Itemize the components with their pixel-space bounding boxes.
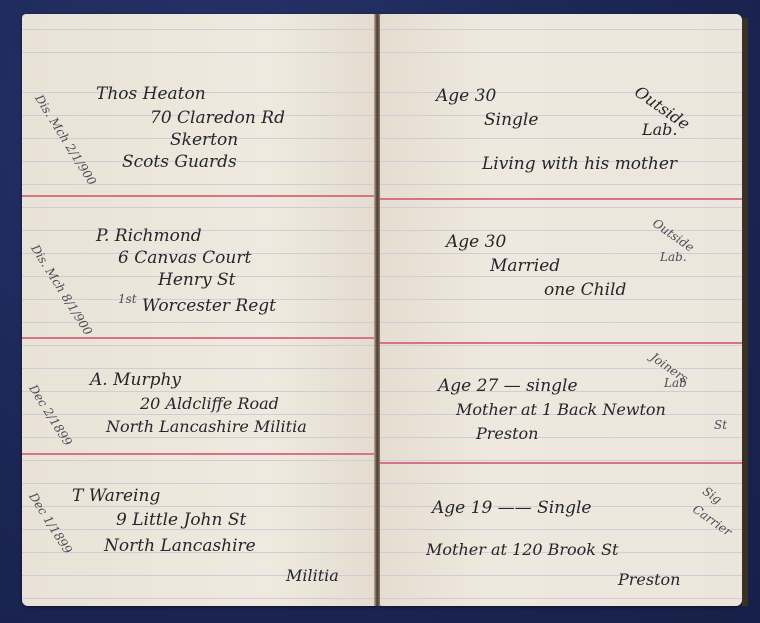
left-page: Dis. Mch 2/1/900 Thos Heaton 70 Claredon… [22, 14, 376, 606]
notes: Mother at 120 Brook St [426, 540, 618, 559]
entry-name: Thos Heaton [96, 84, 206, 104]
notes: Preston [476, 424, 538, 443]
age: Age 19 —— Single [432, 498, 591, 518]
notes-suffix: St [714, 418, 727, 432]
address-line: 6 Canvas Court [118, 248, 251, 268]
age: Age 30 [436, 86, 496, 106]
occupation: Lab. [642, 120, 678, 139]
regiment-line2: Militia [286, 566, 339, 585]
red-divider [380, 342, 742, 344]
red-divider [22, 453, 376, 455]
page-block-edge [742, 18, 748, 606]
red-divider [380, 462, 742, 464]
regiment: Scots Guards [122, 152, 237, 172]
right-page: Age 30 Single Outside Lab. Living with h… [380, 14, 742, 606]
occupation: Lab. [660, 250, 687, 264]
open-register-book: Dis. Mch 2/1/900 Thos Heaton 70 Claredon… [0, 0, 760, 623]
regiment: North Lancashire [104, 536, 256, 556]
address-line: 9 Little John St [116, 510, 246, 530]
red-divider [22, 337, 376, 339]
entry-name: A. Murphy [90, 370, 181, 390]
red-divider [380, 198, 742, 200]
regiment-prefix: 1st [118, 292, 137, 306]
address-line: 70 Claredon Rd [150, 108, 285, 128]
notes: Living with his mother [482, 154, 677, 174]
regiment: North Lancashire Militia [106, 417, 307, 436]
notes: Mother at 1 Back Newton [456, 400, 666, 419]
regiment: Worcester Regt [142, 296, 276, 316]
occupation: Lab [664, 376, 687, 390]
entry-name: T Wareing [72, 486, 160, 506]
age: Age 27 — single [438, 376, 578, 396]
red-divider [22, 195, 376, 197]
marital-status: Single [484, 110, 538, 130]
address-line: 20 Aldcliffe Road [140, 394, 279, 413]
notes: Preston [618, 570, 680, 589]
marital-status: Married [490, 256, 560, 276]
address-line: Skerton [170, 130, 238, 150]
entry-name: P. Richmond [96, 226, 202, 246]
age: Age 30 [446, 232, 506, 252]
address-line: Henry St [158, 270, 235, 290]
notes: one Child [544, 280, 626, 300]
